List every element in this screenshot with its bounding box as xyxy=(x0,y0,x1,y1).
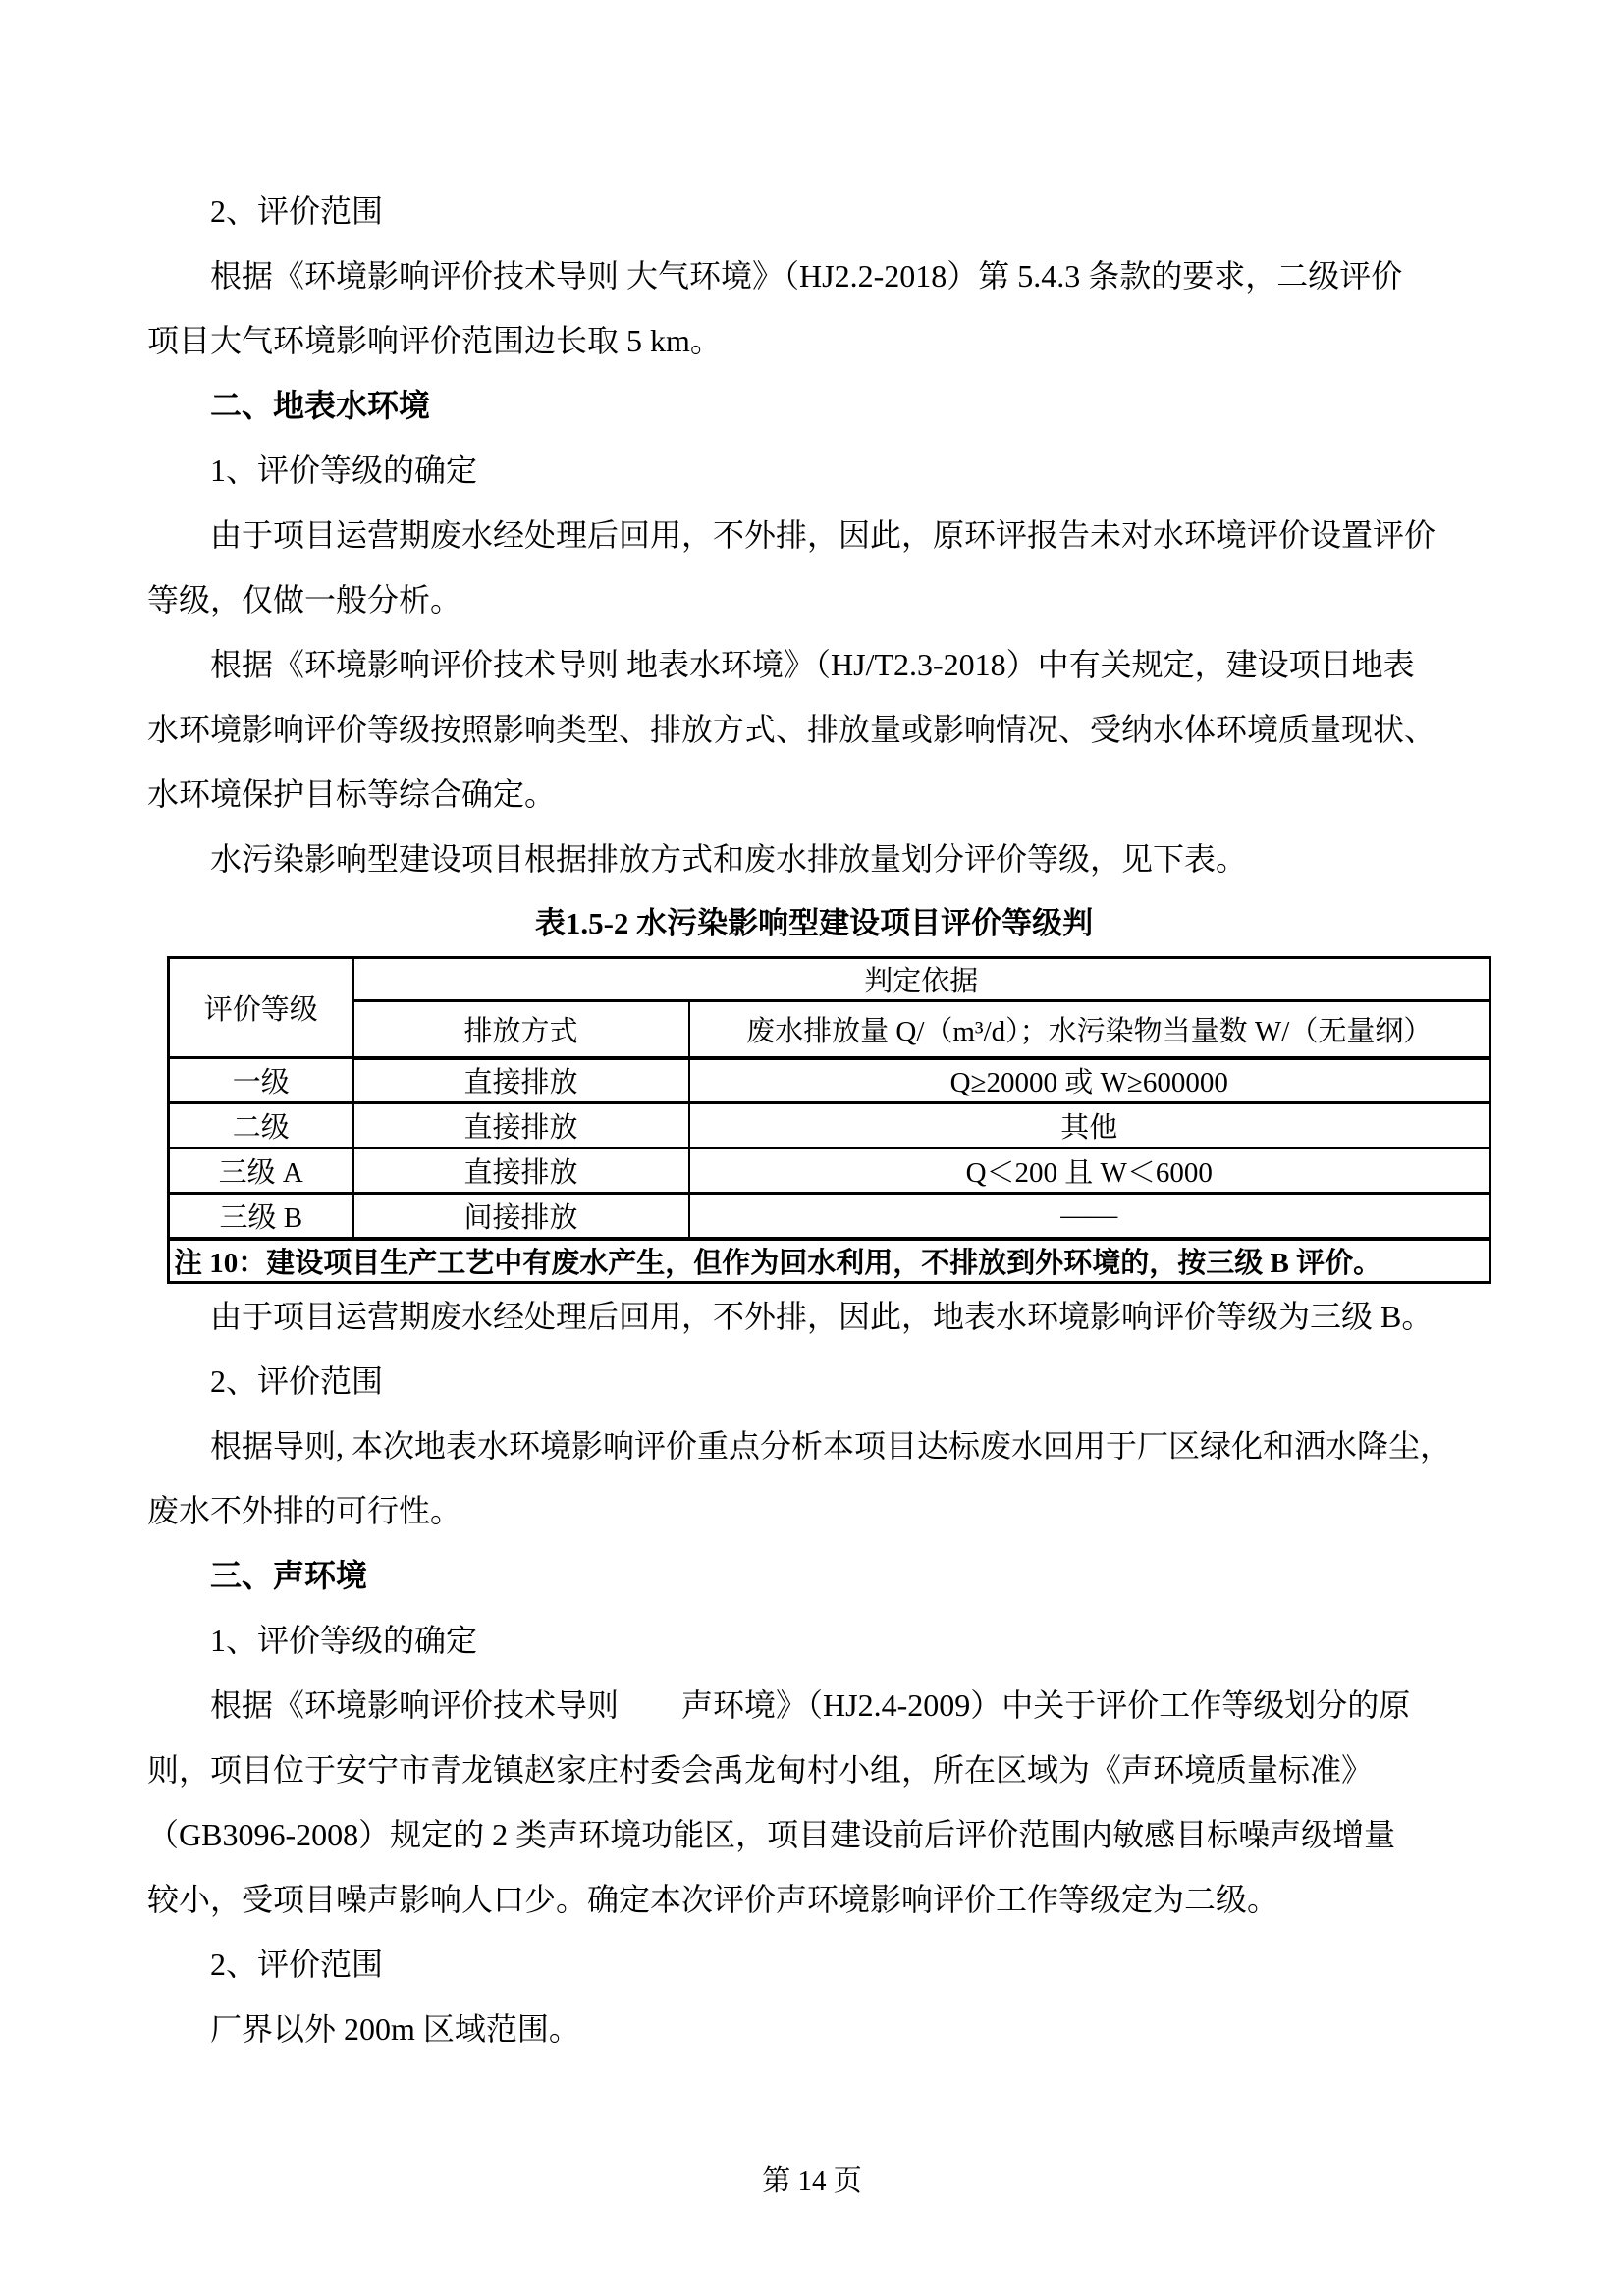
table-cell-level: 二级 xyxy=(169,1103,353,1148)
table-note-row: 注 10：建设项目生产工艺中有废水产生，但作为回水利用，不排放到外环境的，按三级… xyxy=(169,1239,1490,1283)
table-cell-criteria: 其他 xyxy=(689,1103,1490,1148)
document-content: 2、评价范围 根据《环境影响评价技术导则 大气环境》（HJ2.2-2018）第 … xyxy=(0,0,1624,2061)
paragraph-line: 水环境保护目标等综合确定。 xyxy=(147,762,1481,827)
paragraph-line: （GB3096-2008）规定的 2 类声环境功能区，项目建设前后评价范围内敏感… xyxy=(147,1802,1481,1867)
table-cell-criteria: —— xyxy=(689,1194,1490,1239)
table-cell-criteria: Q≥20000 或 W≥600000 xyxy=(689,1058,1490,1103)
paragraph-line: 水污染影响型建设项目根据排放方式和废水排放量划分评价等级，见下表。 xyxy=(147,827,1481,891)
table-header-level: 评价等级 xyxy=(169,958,353,1058)
table-cell-mode: 直接排放 xyxy=(353,1103,689,1148)
list-item-grade: 1、评价等级的确定 xyxy=(147,438,1481,503)
table-note: 注 10：建设项目生产工艺中有废水产生，但作为回水利用，不排放到外环境的，按三级… xyxy=(169,1239,1490,1283)
paragraph-line: 根据《环境影响评价技术导则 声环境》（HJ2.4-2009）中关于评价工作等级划… xyxy=(147,1673,1481,1737)
table-cell-criteria: Q＜200 且 W＜6000 xyxy=(689,1148,1490,1194)
table-caption: 表1.5-2 水污染影响型建设项目评价等级判 xyxy=(147,891,1481,956)
table-row: 二级 直接排放 其他 xyxy=(169,1103,1490,1148)
paragraph-line: 水环境影响评价等级按照影响类型、排放方式、排放量或影响情况、受纳水体环境质量现状… xyxy=(147,697,1481,762)
paragraph-line: 废水不外排的可行性。 xyxy=(147,1478,1481,1543)
paragraph-line: 项目大气环境影响评价范围边长取 5 km。 xyxy=(147,308,1481,373)
paragraph-line: 由于项目运营期废水经处理后回用，不外排，因此，地表水环境影响评价等级为三级 B。 xyxy=(147,1284,1481,1349)
table-header-basis: 判定依据 xyxy=(353,958,1490,1001)
table-cell-mode: 直接排放 xyxy=(353,1058,689,1103)
paragraph-line: 厂界以外 200m 区域范围。 xyxy=(147,1997,1481,2061)
list-item-scope: 2、评价范围 xyxy=(147,1932,1481,1997)
footer-page-number: 第 14 页 xyxy=(0,2149,1624,2214)
table-header-amount: 废水排放量 Q/（m³/d）；水污染物当量数 W/（无量纲） xyxy=(689,1001,1490,1058)
section-heading-surface-water: 二、地表水环境 xyxy=(147,373,1481,438)
document-page: 2、评价范围 根据《环境影响评价技术导则 大气环境》（HJ2.2-2018）第 … xyxy=(0,0,1624,2296)
table-row: 三级 B 间接排放 —— xyxy=(169,1194,1490,1239)
table-cell-mode: 间接排放 xyxy=(353,1194,689,1239)
table-cell-mode: 直接排放 xyxy=(353,1148,689,1194)
paragraph-line: 根据《环境影响评价技术导则 大气环境》（HJ2.2-2018）第 5.4.3 条… xyxy=(147,243,1481,308)
table-row: 三级 A 直接排放 Q＜200 且 W＜6000 xyxy=(169,1148,1490,1194)
paragraph-line: 较小，受项目噪声影响人口少。确定本次评价声环境影响评价工作等级定为二级。 xyxy=(147,1867,1481,1932)
table-cell-level: 三级 A xyxy=(169,1148,353,1194)
list-item-scope: 2、评价范围 xyxy=(147,179,1481,243)
table-header-mode: 排放方式 xyxy=(353,1001,689,1058)
table-row: 一级 直接排放 Q≥20000 或 W≥600000 xyxy=(169,1058,1490,1103)
paragraph-line: 根据《环境影响评价技术导则 地表水环境》（HJ/T2.3-2018）中有关规定，… xyxy=(147,632,1481,697)
list-item-scope: 2、评价范围 xyxy=(147,1349,1481,1414)
table-header-row-2: 排放方式 废水排放量 Q/（m³/d）；水污染物当量数 W/（无量纲） xyxy=(169,1001,1490,1058)
section-heading-noise: 三、声环境 xyxy=(147,1543,1481,1608)
list-item-grade: 1、评价等级的确定 xyxy=(147,1608,1481,1673)
table-cell-level: 三级 B xyxy=(169,1194,353,1239)
paragraph-line: 则，项目位于安宁市青龙镇赵家庄村委会禹龙甸村小组，所在区域为《声环境质量标准》 xyxy=(147,1737,1481,1802)
paragraph-line: 由于项目运营期废水经处理后回用，不外排，因此，原环评报告未对水环境评价设置评价 xyxy=(147,503,1481,567)
paragraph-line: 等级，仅做一般分析。 xyxy=(147,567,1481,632)
table-cell-level: 一级 xyxy=(169,1058,353,1103)
paragraph-line: 根据导则, 本次地表水环境影响评价重点分析本项目达标废水回用于厂区绿化和洒水降尘… xyxy=(147,1414,1481,1478)
table-water-pollution-grades: 评价等级 判定依据 排放方式 废水排放量 Q/（m³/d）；水污染物当量数 W/… xyxy=(167,956,1491,1284)
table-header-row-1: 评价等级 判定依据 xyxy=(169,958,1490,1001)
